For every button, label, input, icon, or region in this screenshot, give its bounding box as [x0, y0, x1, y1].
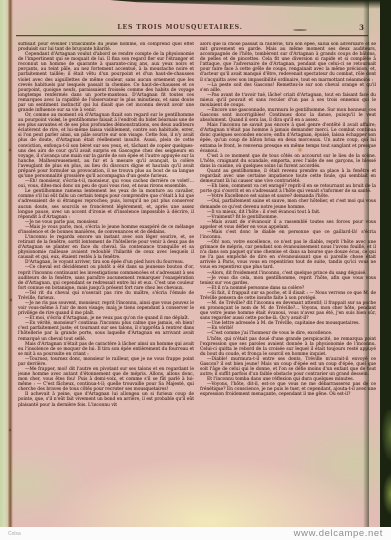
paragraph: —Je vous dis cela, mon gentilhomme, repr… [200, 276, 376, 286]
paragraph: Mais d'Artagnan n'était pas de caractère… [18, 342, 194, 357]
paragraph: —Mais c'est donc le diable en personne q… [200, 230, 376, 240]
paragraph: —En vérité, monsieur? continua l'inconnu… [18, 321, 194, 341]
page-left-edge [0, 0, 8, 527]
paragraph: —La peste soit des Gascons! Remettez-le … [200, 83, 376, 93]
paragraph: —Eh bien, comment va cet enragé? reprit-… [200, 184, 376, 194]
paragraph: —Si fait, il frappait sur sa poche, et i… [200, 291, 376, 301]
watermark-site-url: www.delcampe.net [294, 528, 383, 539]
paragraph: —Oh! non, votre excellence, ce n'est pas… [200, 240, 376, 270]
paragraph: Quant au gentilhomme, il était revenu pr… [200, 169, 376, 184]
ink-smudge [293, 29, 307, 31]
text-column-left: suffisait pour éveiller l'irascibilité d… [18, 42, 194, 503]
paragraph: Le gentilhomme ramena lentement les yeux… [18, 189, 194, 219]
binding-spine-spots [9, 0, 12, 527]
paragraph: —Oui, parfaitement saine et sauve, mon c… [200, 199, 376, 209]
paragraph: suffisait pour éveiller l'irascibilité d… [18, 42, 194, 52]
watermark-seller: Colxa [8, 531, 21, 537]
text-column-right: alors que la chose passait la raillerie,… [200, 42, 376, 499]
paragraph: —Diable! murmura-t-il entre ses dents, T… [200, 357, 376, 377]
paragraph: —Mais avant de s'évanouir il a rassemblé… [200, 220, 376, 230]
header-rule [16, 35, 368, 36]
paragraph: L'hôte, qui n'était pas doué d'une grand… [200, 337, 376, 357]
paragraph: —Je ne ris pas souvent, monsieur, reprit… [18, 301, 194, 316]
paragraph: Il achevait à peine, que d'Artagnan lui … [18, 392, 194, 407]
page-right-shadow [363, 0, 369, 527]
book-page: LES TROIS MOUSQUETAIRES. 3 suffisait pou… [0, 0, 380, 527]
paragraph: L'inconnu le regarda encore un instant a… [18, 235, 194, 260]
paragraph: Or, comme au moment où d'Artagnan fixait… [18, 113, 194, 179]
paragraph: Cependant d'Artagnan voulut d'abord se r… [18, 52, 194, 113]
paragraph: —Eh! monsieur, s'écria-t-il, monsieur, q… [18, 179, 194, 189]
page-top-shadow [110, 0, 380, 9]
paragraph: —M. de Tréville? dit l'inconnu en devena… [200, 301, 376, 321]
paragraph: —Encore une gasconnade, murmura le genti… [200, 108, 376, 123]
paragraph: C'est à ce moment que de tous côtés on a… [200, 154, 376, 169]
paragraph: —Mais je vous parle, moi, s'écria le jeu… [18, 225, 194, 235]
paragraph: —Ce cheval est décidément ou plutôt a ét… [18, 265, 194, 290]
paragraph: —Tel rit du cheval qui n'oserait pas rir… [18, 291, 194, 301]
paragraph: Mais l'inconnu ne savait pas encore à qu… [200, 123, 376, 153]
watermark-strip: Colxa www.delcampe.net [0, 527, 391, 540]
paragraph: —Alors, dit froidement l'inconnu, c'est … [200, 271, 376, 276]
paragraph: —Tournez, tournez donc, monsieur le rail… [18, 357, 194, 367]
paragraph: —Pas avant de t'avoir tué, lâche! criait… [200, 93, 376, 108]
paragraph: —Me frapper, moi! dit l'autre en pivotan… [18, 367, 194, 392]
paragraph: alors que la chose passait la raillerie,… [200, 42, 376, 83]
paragraph: —Voyons, l'hôte, dit-il, est-ce que vous… [200, 382, 376, 397]
